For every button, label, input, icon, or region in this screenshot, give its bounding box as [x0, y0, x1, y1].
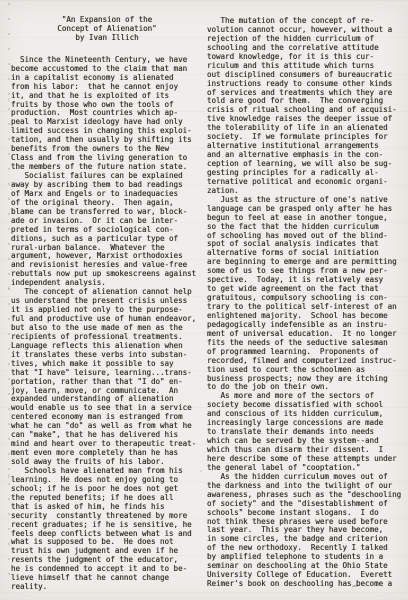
document-author: by Ivan Illich: [11, 34, 203, 43]
scan-artifact-smudge: [337, 197, 340, 199]
text-line: reality.: [11, 583, 203, 592]
right-column-text: The mutation of the concept of re-voluti…: [207, 17, 405, 589]
scan-artifact-left-margin: [8, 3, 10, 578]
text-line: Reimer's book on deschooling has become …: [207, 580, 405, 589]
left-column: "An Expansion of the Concept of Alienati…: [11, 16, 203, 592]
scan-artifact-smudge: [200, 470, 202, 472]
right-column: The mutation of the concept of re-voluti…: [207, 17, 405, 589]
scanned-page: "An Expansion of the Concept of Alienati…: [0, 0, 408, 600]
left-column-text: Since the Nineteenth Century, we havebec…: [11, 56, 203, 592]
document-title: "An Expansion of the Concept of Alienati…: [11, 16, 203, 43]
